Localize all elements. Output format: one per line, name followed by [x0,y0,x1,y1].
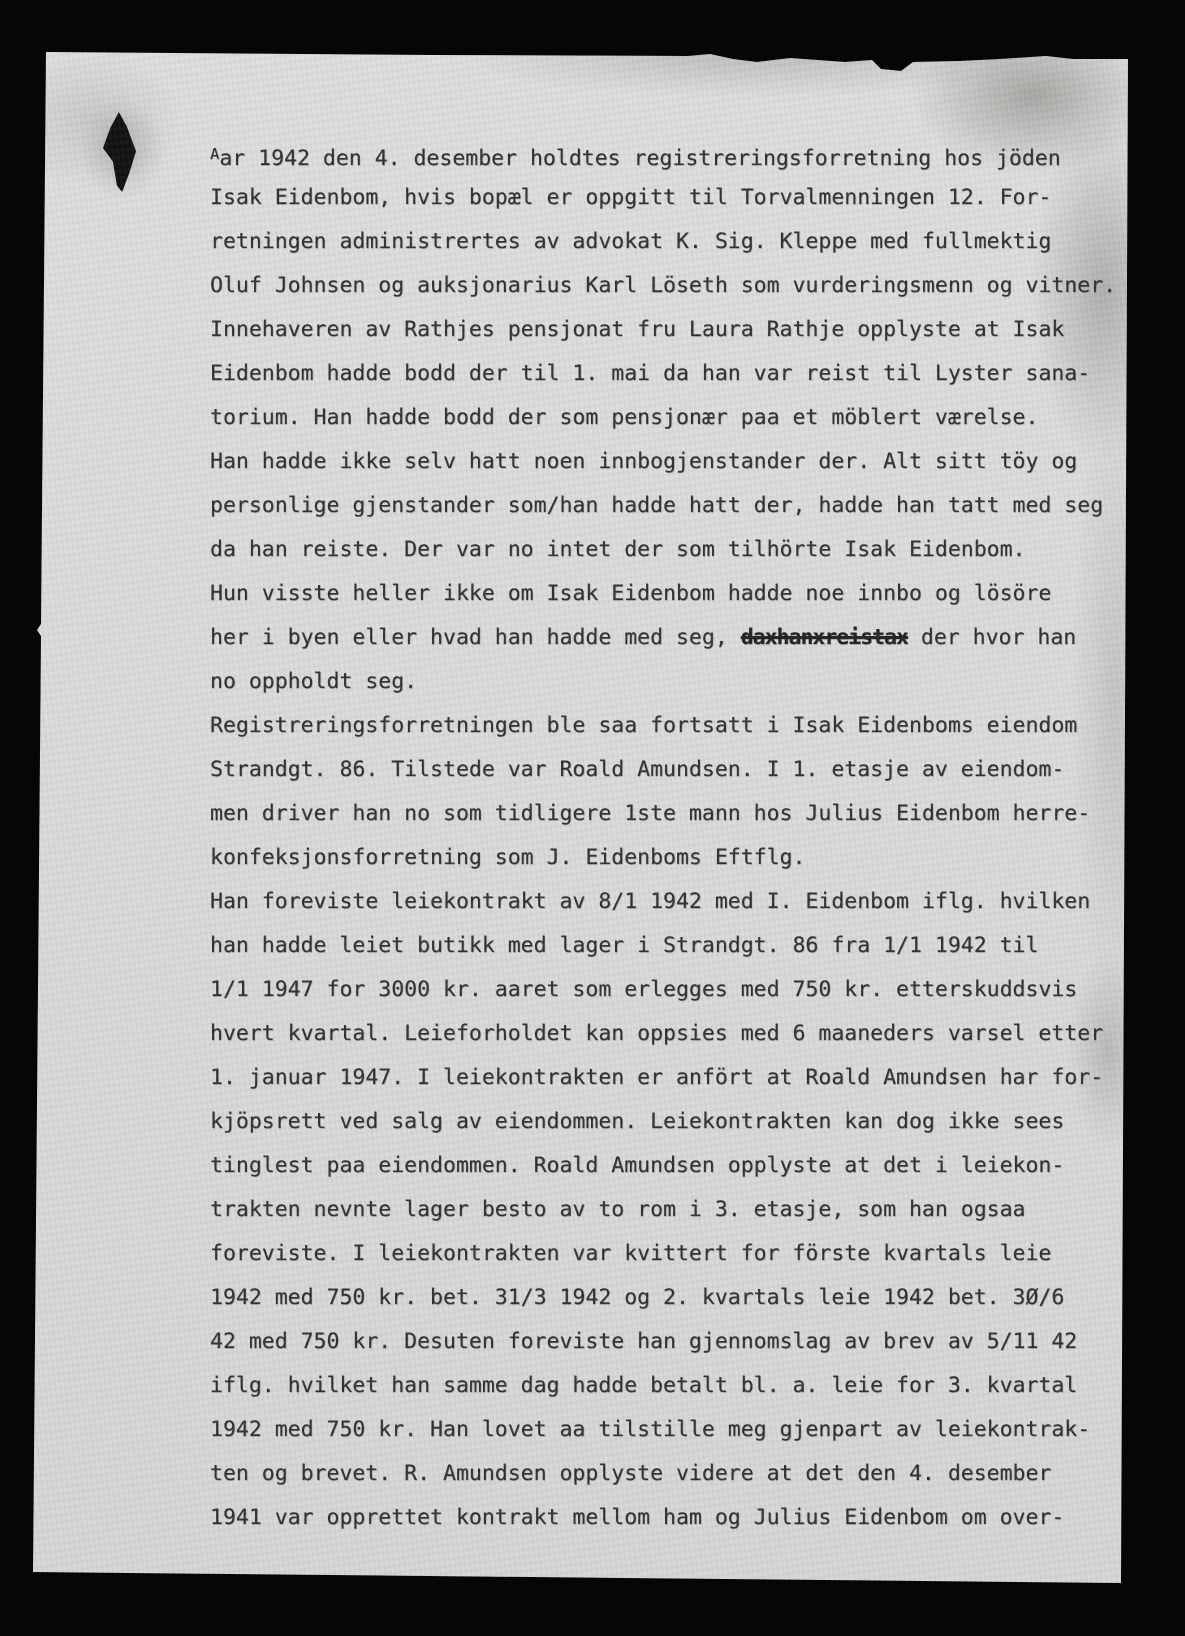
text-line: no oppholdt seg. [210,660,1160,704]
text-line: tinglest paa eiendommen. Roald Amundsen … [210,1144,1160,1188]
text-line: 1. januar 1947. I leiekontrakten er anfö… [210,1056,1160,1100]
scanned-paper-page: Aar 1942 den 4. desember holdtes registr… [33,50,1128,1583]
text-line: Aar 1942 den 4. desember holdtes registr… [210,132,1160,176]
superscript-letter: A [210,145,219,163]
text-line: kjöpsrett ved salg av eiendommen. Leieko… [210,1100,1160,1144]
document-text: Aar 1942 den 4. desember holdtes registr… [210,132,1160,1540]
text-line: 1941 var opprettet kontrakt mellom ham o… [210,1496,1160,1540]
text-line: Han hadde ikke selv hatt noen innbogjens… [210,440,1160,484]
text-line: Hun visste heller ikke om Isak Eidenbom … [210,572,1160,616]
text-line: ten og brevet. R. Amundsen opplyste vide… [210,1452,1160,1496]
text-line: trakten nevnte lager besto av to rom i 3… [210,1188,1160,1232]
text-line: iflg. hvilket han samme dag hadde betalt… [210,1364,1160,1408]
text-line: han hadde leiet butikk med lager i Stran… [210,924,1160,968]
text-line: men driver han no som tidligere 1ste man… [210,792,1160,836]
text-line: 1/1 1947 for 3000 kr. aaret som erlegges… [210,968,1160,1012]
text-line: hvert kvartal. Leieforholdet kan oppsies… [210,1012,1160,1056]
text-line: personlige gjenstander som/han hadde hat… [210,484,1160,528]
text-line: retningen administrertes av advokat K. S… [210,220,1160,264]
text-line: Registreringsforretningen ble saa fortsa… [210,704,1160,748]
text-line: Han foreviste leiekontrakt av 8/1 1942 m… [210,880,1160,924]
text-line: foreviste. I leiekontrakten var kvittert… [210,1232,1160,1276]
struck-out-text: daxhanxreistax [741,625,908,650]
text-line: 1942 med 750 kr. bet. 31/3 1942 og 2. kv… [210,1276,1160,1320]
text-line: konfeksjonsforretning som J. Eidenboms E… [210,836,1160,880]
text-line: Innehaveren av Rathjes pensjonat fru Lau… [210,308,1160,352]
text-line: Strandgt. 86. Tilstede var Roald Amundse… [210,748,1160,792]
text-line: 42 med 750 kr. Desuten foreviste han gje… [210,1320,1160,1364]
text-line: 1942 med 750 kr. Han lovet aa tilstille … [210,1408,1160,1452]
text-line: her i byen eller hvad han hadde med seg,… [210,616,1160,660]
text-line: da han reiste. Der var no intet der som … [210,528,1160,572]
text-line: Isak Eidenbom, hvis bopæl er oppgitt til… [210,176,1160,220]
text-line: torium. Han hadde bodd der som pensjonær… [210,396,1160,440]
text-line: Eidenbom hadde bodd der til 1. mai da ha… [210,352,1160,396]
text-line: Oluf Johnsen og auksjonarius Karl Löseth… [210,264,1160,308]
